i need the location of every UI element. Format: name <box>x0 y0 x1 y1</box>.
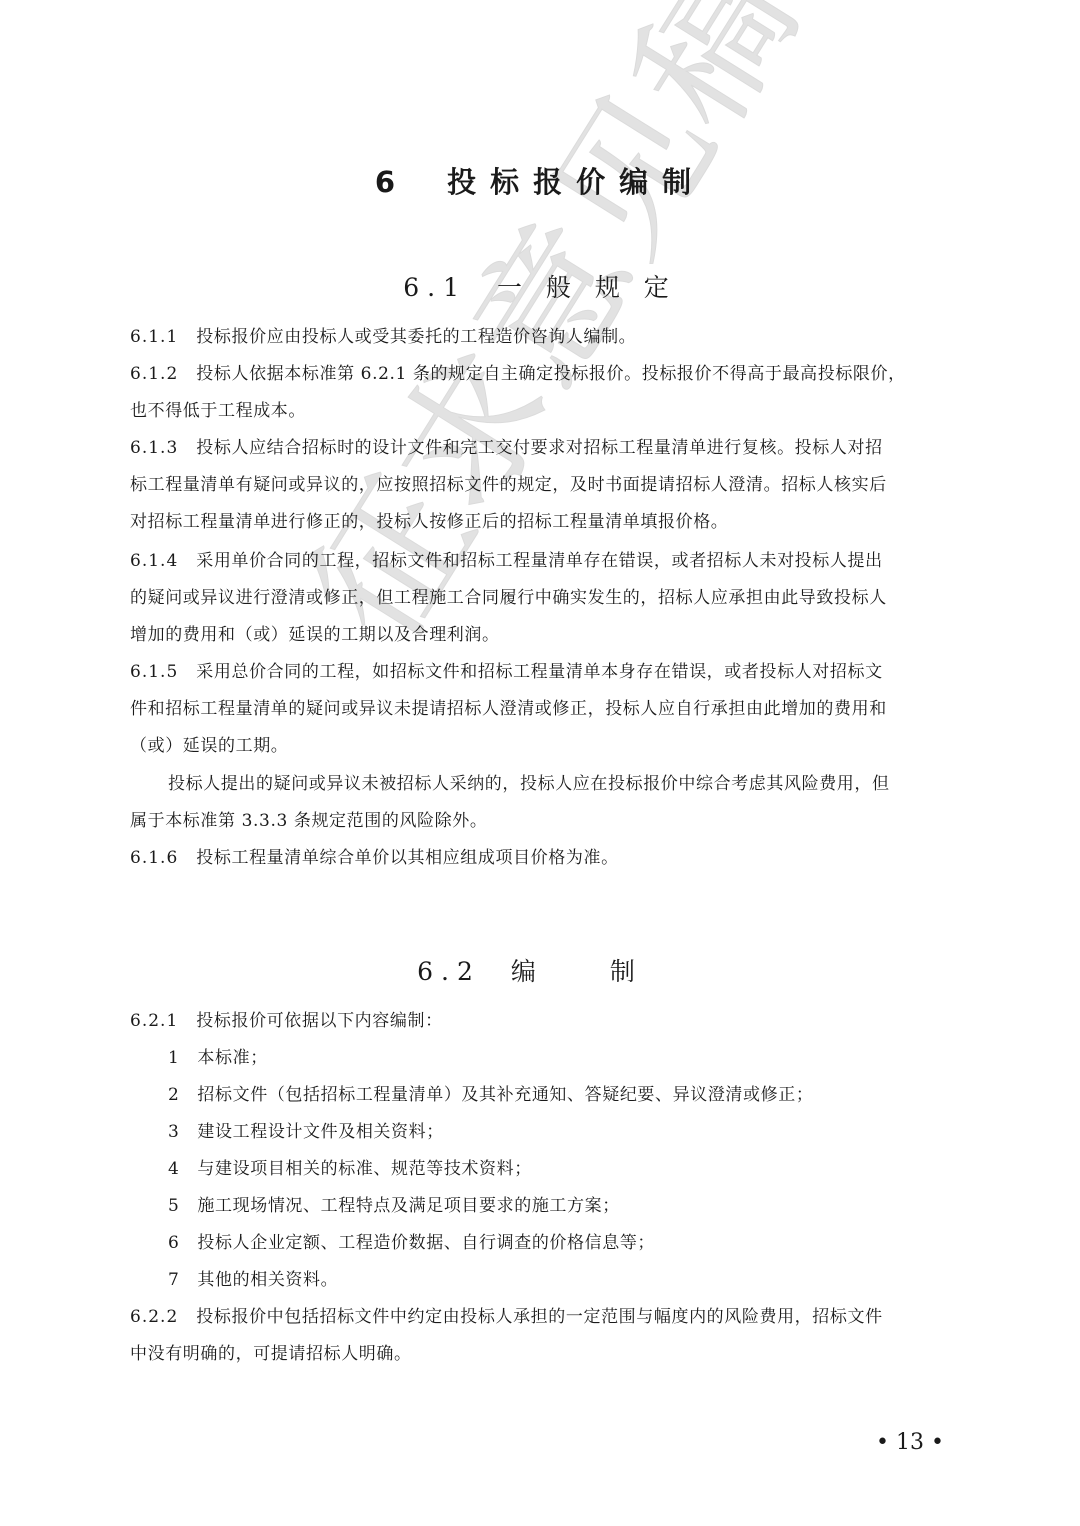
list-item: 5施工现场情况、工程特点及满足项目要求的施工方案； <box>168 1191 620 1216</box>
list-item-text: 投标人企业定额、工程造价数据、自行调查的价格信息等； <box>197 1233 655 1253</box>
clause-text: 投标人应结合招标时的设计文件和完工交付要求对招标工程量清单进行复核。投标人对招 <box>196 438 882 458</box>
clause-number: 6.1.1 <box>130 327 178 347</box>
clause-6-1-1: 6.1.1投标报价应由投标人或受其委托的工程造价咨询人编制。 <box>130 322 636 347</box>
clause-number: 6.2.2 <box>130 1307 178 1327</box>
clause-number: 6.1.5 <box>130 662 178 682</box>
list-item-number: 3 <box>168 1122 179 1142</box>
clause-continuation-line: 投标人提出的疑问或异议未被招标人采纳的，投标人应在投标报价中综合考虑其风险费用，… <box>168 769 890 794</box>
clause-text: 采用总价合同的工程，如招标文件和招标工程量清单本身存在错误，或者投标人对招标文 <box>196 662 882 682</box>
clause-number: 6.1.2 <box>130 364 178 384</box>
clause-number: 6.1.3 <box>130 438 178 458</box>
clause-text-line: （或）延误的工期。 <box>130 731 288 756</box>
clause-text-line: 增加的费用和（或）延误的工期以及合理利润。 <box>130 620 500 645</box>
clause-6-2-1: 6.2.1投标报价可依据以下内容编制： <box>130 1006 443 1031</box>
list-item-number: 5 <box>168 1196 179 1216</box>
clause-text-line: 的疑问或异议进行澄清或修正，但工程施工合同履行中确实发生的，招标人应承担由此导致… <box>130 583 887 608</box>
clause-text-line: 件和招标工程量清单的疑问或异议未提请招标人澄清或修正，投标人应自行承担由此增加的… <box>130 694 887 719</box>
list-item-text: 招标文件（包括招标工程量清单）及其补充通知、答疑纪要、异议澄清或修正； <box>197 1085 813 1105</box>
list-item-text: 其他的相关资料。 <box>197 1270 338 1290</box>
clause-6-1-2: 6.1.2投标人依据本标准第 6.2.1 条的规定自主确定投标报价。投标报价不得… <box>130 359 906 384</box>
list-item-number: 6 <box>168 1233 179 1253</box>
list-item-text: 本标准； <box>197 1048 267 1068</box>
list-item-number: 4 <box>168 1159 179 1179</box>
clause-text: 投标工程量清单综合单价以其相应组成项目价格为准。 <box>196 848 618 868</box>
section-title-6-2: 6.2 编 制 <box>0 952 1070 988</box>
clause-text: 采用单价合同的工程，招标文件和招标工程量清单存在错误，或者招标人未对投标人提出 <box>196 551 882 571</box>
list-item: 1本标准； <box>168 1043 268 1068</box>
list-item-number: 2 <box>168 1085 179 1105</box>
list-item-text: 建设工程设计文件及相关资料； <box>197 1122 443 1142</box>
clause-6-1-3: 6.1.3投标人应结合招标时的设计文件和完工交付要求对招标工程量清单进行复核。投… <box>130 433 883 458</box>
clause-6-1-6: 6.1.6投标工程量清单综合单价以其相应组成项目价格为准。 <box>130 843 619 868</box>
clause-text: 投标人依据本标准第 6.2.1 条的规定自主确定投标报价。投标报价不得高于最高投… <box>196 364 905 384</box>
chapter-number: 6 <box>375 165 409 199</box>
list-item: 4与建设项目相关的标准、规范等技术资料； <box>168 1154 532 1179</box>
list-item: 7其他的相关资料。 <box>168 1265 338 1290</box>
clause-text: 投标报价中包括招标文件中约定由投标人承担的一定范围与幅度内的风险费用，招标文件 <box>196 1307 882 1327</box>
clause-number: 6.1.4 <box>130 551 178 571</box>
clause-text-line: 中没有明确的，可提请招标人明确。 <box>130 1339 412 1364</box>
list-item-text: 施工现场情况、工程特点及满足项目要求的施工方案； <box>197 1196 619 1216</box>
document-page: 征求意见稿 6 投标报价编制 6.1 一 般 规 定 6.1.1投标报价应由投标… <box>0 0 1080 1526</box>
section-number: 6.2 <box>417 957 481 986</box>
clause-6-2-2: 6.2.2投标报价中包括招标文件中约定由投标人承担的一定范围与幅度内的风险费用，… <box>130 1302 883 1327</box>
list-item: 6投标人企业定额、工程造价数据、自行调查的价格信息等； <box>168 1228 655 1253</box>
chapter-title: 6 投标报价编制 <box>0 160 1080 201</box>
clause-number: 6.2.1 <box>130 1011 178 1031</box>
clause-6-1-4: 6.1.4采用单价合同的工程，招标文件和招标工程量清单存在错误，或者招标人未对投… <box>130 546 883 571</box>
clause-number: 6.1.6 <box>130 848 178 868</box>
section-title-text: 编 制 <box>511 957 643 986</box>
list-item-number: 1 <box>168 1048 179 1068</box>
clause-text: 投标报价应由投标人或受其委托的工程造价咨询人编制。 <box>196 327 636 347</box>
watermark-layer: 征求意见稿 <box>0 0 1080 1526</box>
section-title-6-1: 6.1 一 般 规 定 <box>0 268 1080 304</box>
clause-text: 投标报价可依据以下内容编制： <box>196 1011 442 1031</box>
list-item-number: 7 <box>168 1270 179 1290</box>
list-item: 2招标文件（包括招标工程量清单）及其补充通知、答疑纪要、异议澄清或修正； <box>168 1080 813 1105</box>
list-item: 3建设工程设计文件及相关资料； <box>168 1117 444 1142</box>
section-number: 6.1 <box>403 273 467 302</box>
clause-text-line: 标工程量清单有疑问或异议的，应按照招标文件的规定，及时书面提请招标人澄清。招标人… <box>130 470 887 495</box>
page-number: • 13 • <box>876 1430 944 1455</box>
section-title-text: 一 般 规 定 <box>497 273 677 302</box>
clause-text-line: 对招标工程量清单进行修正的，投标人按修正后的招标工程量清单填报价格。 <box>130 507 728 532</box>
chapter-title-text: 投标报价编制 <box>447 165 705 199</box>
list-item-text: 与建设项目相关的标准、规范等技术资料； <box>197 1159 531 1179</box>
clause-6-1-5: 6.1.5采用总价合同的工程，如招标文件和招标工程量清单本身存在错误，或者投标人… <box>130 657 883 682</box>
clause-continuation-line: 属于本标准第 3.3.3 条规定范围的风险除外。 <box>130 806 487 831</box>
clause-text-line: 也不得低于工程成本。 <box>130 396 306 421</box>
